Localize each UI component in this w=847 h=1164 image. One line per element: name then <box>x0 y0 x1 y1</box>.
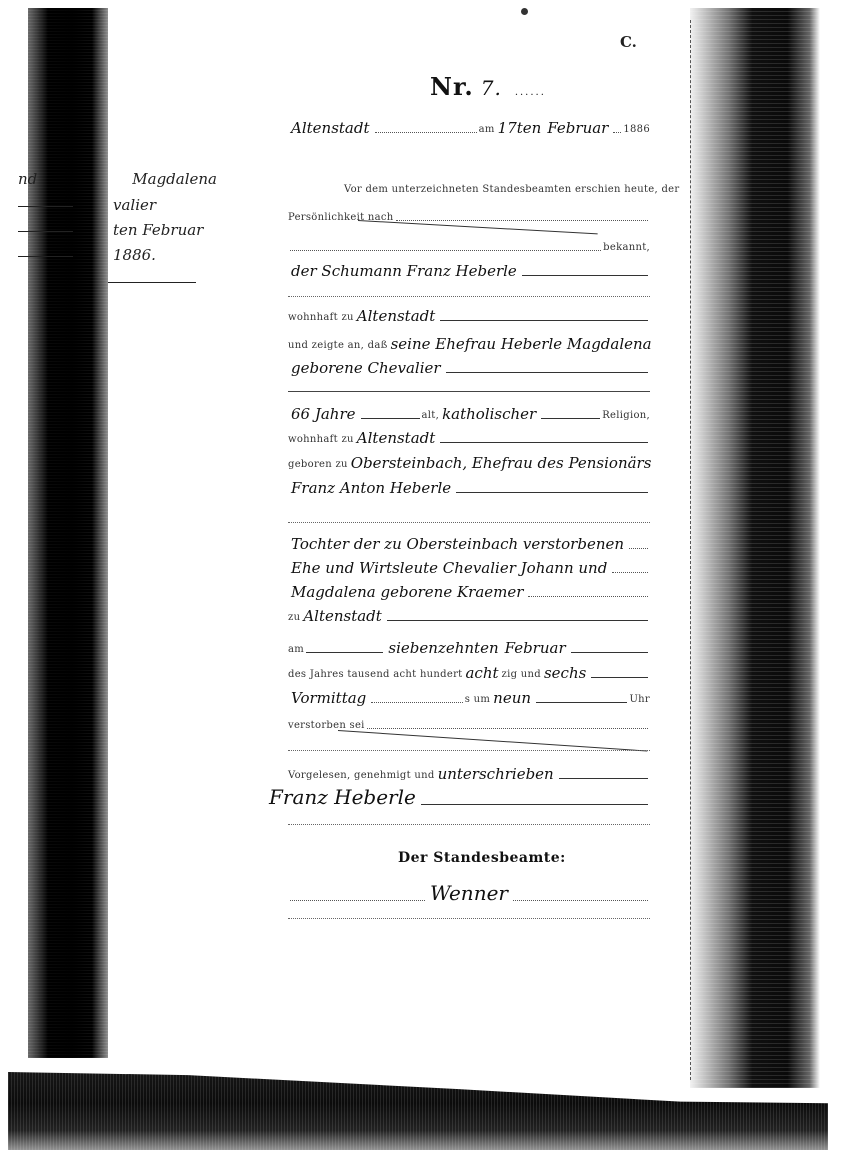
year-label: des Jahres tausend acht hundert <box>288 669 462 683</box>
page-letter: C. <box>620 33 637 51</box>
date-year-value: 1886 <box>623 124 650 138</box>
declared-row: und zeigte an, daß seine Ehefrau Heberle… <box>288 330 650 354</box>
parents-row-1: Tochter der zu Obersteinbach verstorbene… <box>288 530 650 554</box>
date-month-value: Februar <box>544 119 611 138</box>
parents-row-2: Ehe und Wirtsleute Chevalier Johann und <box>288 554 650 578</box>
death-day-value: siebenzehnten <box>385 639 501 658</box>
hour-label: Uhr <box>629 694 650 708</box>
scan-right-edge-shadow <box>690 8 820 1088</box>
intro-row: Vor dem unterzeichneten Standesbeamten e… <box>288 174 650 198</box>
residence-row: wohnhaft zu Altenstadt <box>288 302 650 326</box>
blank-line <box>288 391 650 392</box>
identity-label: Persönlichkeit nach <box>288 212 394 226</box>
death-day-label: am <box>288 644 304 658</box>
born-row-2: Franz Anton Heberle <box>288 474 650 498</box>
deceased-row-2: geborene Chevalier <box>288 354 650 378</box>
religion-value: katholischer <box>439 405 539 424</box>
parents-line2: Ehe und Wirtsleute Chevalier Johann und <box>288 559 610 578</box>
record-number-value: 7. <box>478 76 505 101</box>
age-value: 66 Jahre <box>288 405 359 424</box>
born-label: geboren zu <box>288 459 348 473</box>
blank-line <box>288 522 650 523</box>
age-religion-row: 66 Jahre alt, katholischer Religion, <box>288 400 650 424</box>
record-number-label: Nr. <box>430 72 474 101</box>
blank-line <box>288 750 650 751</box>
residence-value: Altenstadt <box>354 307 439 326</box>
margin-note-line: 1886. <box>18 246 156 268</box>
margin-note-line: ten Februar <box>18 221 203 243</box>
year-label-2: zig und <box>502 669 541 683</box>
religion-label: Religion, <box>602 410 650 424</box>
known-row: bekannt, <box>288 232 650 256</box>
registrar-title: Der Standesbeamte: <box>398 850 566 866</box>
margin-rule <box>108 282 196 283</box>
read-approved-label: Vorgelesen, genehmigt und <box>288 770 435 784</box>
informant-signature: Franz Heberle <box>266 785 419 810</box>
registrar-signature-row: Wenner <box>288 882 650 906</box>
identity-row: Persönlichkeit nach <box>288 202 650 226</box>
blank-line <box>288 824 650 825</box>
scan-binding-shadow <box>28 8 108 1058</box>
punch-hole-icon <box>521 8 528 15</box>
informant-value: der Schumann Franz Heberle <box>288 262 520 281</box>
place-date-row: Altenstadt am 17ten Februar 1886 <box>288 114 650 138</box>
death-place-value: Altenstadt <box>300 607 385 626</box>
death-year-row: des Jahres tausend acht hundert acht zig… <box>288 659 650 683</box>
time-label: s um <box>465 694 490 708</box>
born-value-line2: Franz Anton Heberle <box>288 479 454 498</box>
informant-signature-row: Franz Heberle <box>266 786 650 810</box>
read-approved-value: unterschrieben <box>435 765 557 784</box>
deceased-residence-row: wohnhaft zu Altenstadt <box>288 424 650 448</box>
registrar-signature: Wenner <box>427 881 511 906</box>
time-of-day-value: Vormittag <box>288 689 369 708</box>
known-label: bekannt, <box>603 242 650 256</box>
parents-line1: Tochter der zu Obersteinbach verstorbene… <box>288 535 627 554</box>
place-value: Altenstadt <box>288 119 373 138</box>
death-date-row: am siebenzehnten Februar <box>288 634 650 658</box>
date-prefix-label: am <box>479 124 495 138</box>
informant-row: der Schumann Franz Heberle <box>288 257 650 281</box>
margin-note-line: valier <box>18 196 156 218</box>
age-label: alt, <box>422 410 440 424</box>
death-time-row: Vormittag s um neun Uhr <box>288 684 650 708</box>
deceased-residence-value: Altenstadt <box>354 429 439 448</box>
parents-line3: Magdalena geborene Kraemer <box>288 583 526 602</box>
deceased-name-line1: seine Ehefrau Heberle Magdalena <box>388 335 655 354</box>
deceased-residence-label: wohnhaft zu <box>288 434 354 448</box>
year-tens-value: acht <box>462 664 501 683</box>
date-day-value: 17ten <box>495 119 545 138</box>
declared-label: und zeigte an, daß <box>288 340 388 354</box>
death-place-row: zu Altenstadt <box>288 602 650 626</box>
death-month-value: Februar <box>502 639 569 658</box>
page-edge <box>690 20 691 1080</box>
parents-row-3: Magdalena geborene Kraemer <box>288 578 650 602</box>
born-value-line1: Obersteinbach, Ehefrau des Pensionärs <box>348 454 655 473</box>
deceased-name-line2: geborene Chevalier <box>288 359 444 378</box>
death-place-label: zu <box>288 612 300 626</box>
hour-value: neun <box>490 689 534 708</box>
born-row: geboren zu Obersteinbach, Ehefrau des Pe… <box>288 449 650 473</box>
margin-note-line: ndMagdalena <box>18 170 217 192</box>
blank-line <box>288 296 650 297</box>
record-number: Nr.7....... <box>430 72 546 101</box>
residence-label: wohnhaft zu <box>288 312 354 326</box>
blank-line <box>288 918 650 919</box>
read-approved-row: Vorgelesen, genehmigt und unterschrieben <box>288 760 650 784</box>
year-units-value: sechs <box>541 664 589 683</box>
intro-text: Vor dem unterzeichneten Standesbeamten e… <box>344 184 679 198</box>
